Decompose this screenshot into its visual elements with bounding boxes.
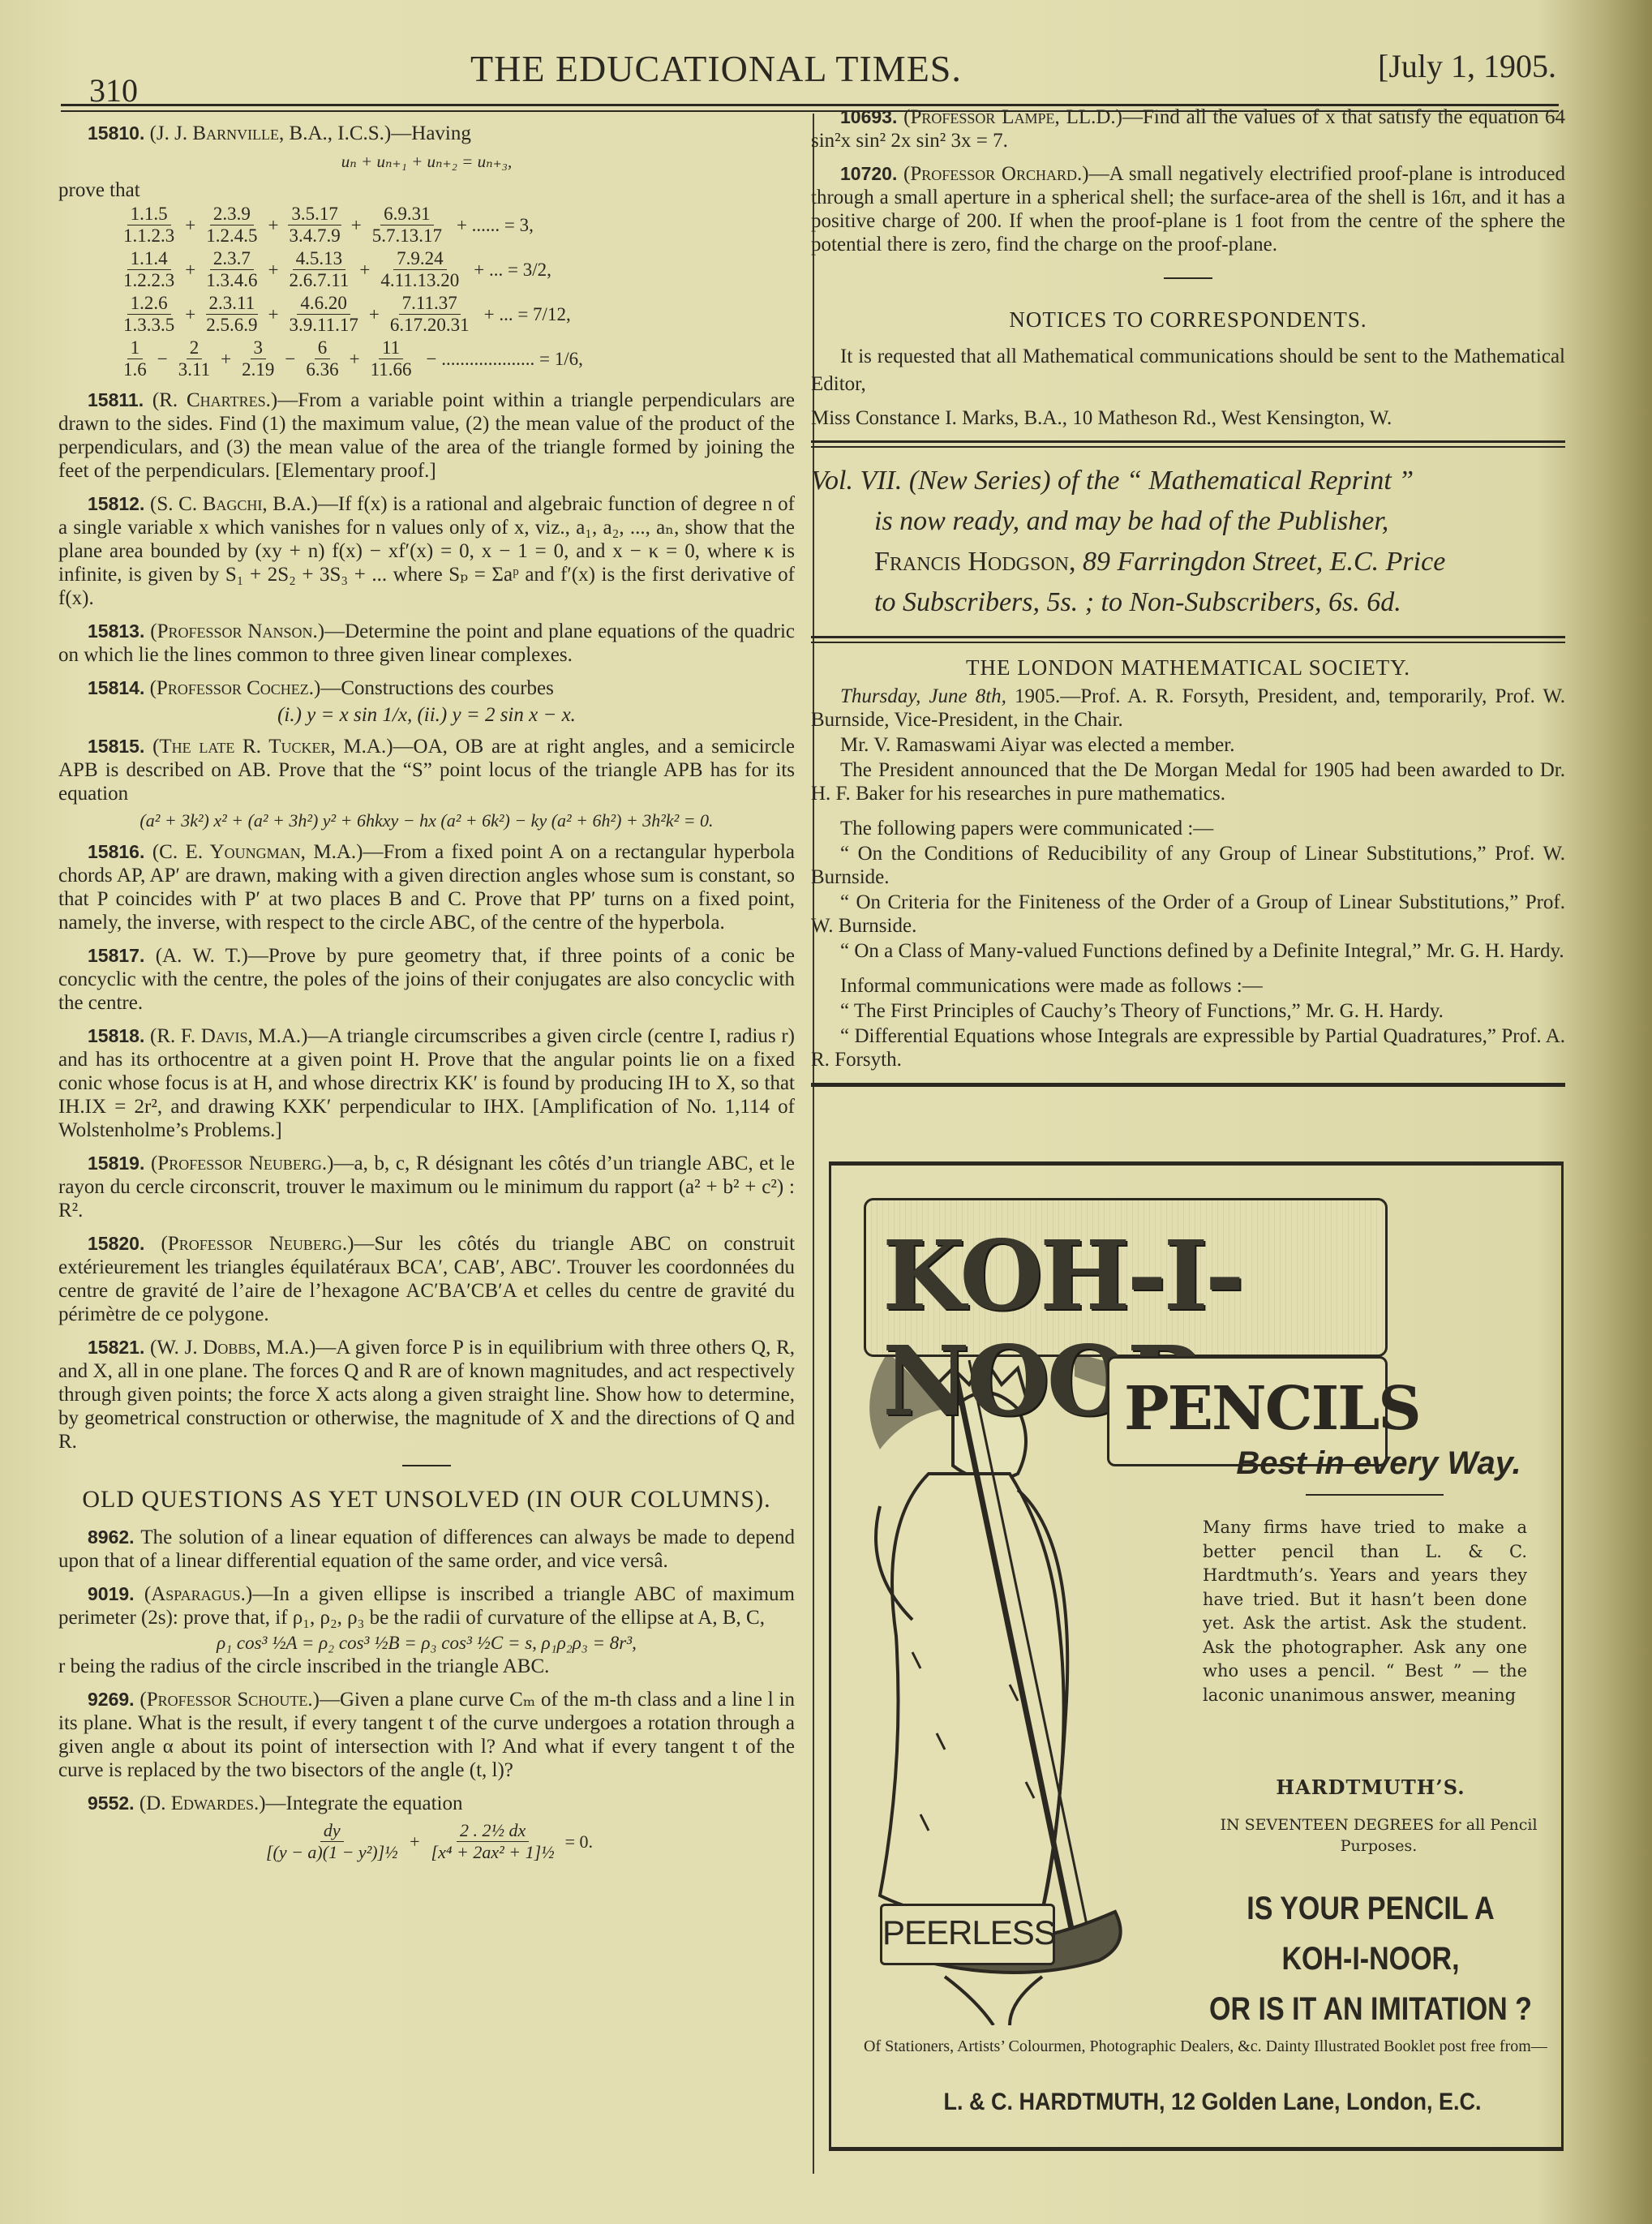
denominator: 11.66	[367, 359, 415, 380]
question-number: 15812.	[88, 493, 144, 514]
prove-that-label: prove that	[58, 178, 795, 202]
publisher-address: 89 Farringdon Street, E.C. Price	[1076, 547, 1446, 577]
numerator: 7.11.37	[399, 293, 461, 315]
denominator: 1.3.4.6	[203, 270, 260, 291]
ad-question: IS YOUR PENCIL A KOH-I-NOOR, OR IS IT AN…	[1202, 1883, 1540, 2034]
question-author: (Professor Neuberg.)	[151, 1153, 334, 1174]
numerator: 2 . 2½ dx	[457, 1820, 529, 1842]
fraction: 32.19	[238, 337, 277, 380]
issue-date: [July 1, 1905.	[1378, 47, 1556, 85]
question-15811: 15811. (R. Chartres.)—From a variable po…	[58, 389, 795, 483]
notices-text: It is requested that all Mathematical co…	[811, 343, 1565, 398]
meeting-date: Thursday, June 8th,	[840, 685, 1006, 707]
question-text: —Having	[391, 122, 471, 144]
numerator: 2.3.7	[210, 248, 254, 270]
double-rule	[811, 440, 1565, 448]
fraction: 1111.66	[367, 337, 415, 380]
question-author: (Professor Orchard.)	[903, 163, 1089, 185]
question-text: The solution of a linear equation of dif…	[58, 1526, 795, 1572]
publisher-name: Francis Hodgson,	[874, 547, 1076, 577]
operator: +	[351, 213, 362, 237]
operator: +	[268, 303, 278, 326]
question-15816: 15816. (C. E. Youngman, M.A.)—From a fix…	[58, 840, 795, 934]
fraction: 1.2.61.3.3.5	[120, 293, 178, 336]
fraction: 2 . 2½ dx [x⁴ + 2ax² + 1]½	[428, 1820, 558, 1863]
london-mathematical-society: THE LONDON MATHEMATICAL SOCIETY. Thursda…	[811, 656, 1565, 1071]
question-15815: 15815. (The late R. Tucker, M.A.)—OA, OB…	[58, 735, 795, 805]
question-author: (Asparagus.)	[144, 1583, 252, 1605]
section-separator	[402, 1465, 451, 1466]
fraction: 1.1.51.1.2.3	[120, 204, 178, 247]
question-author: (Professor Cochez.)	[150, 677, 321, 699]
brand-banner: KOH-I-NOOR	[864, 1198, 1388, 1357]
series-result: + ... = 7/12,	[484, 303, 571, 326]
denominator: 1.2.4.5	[203, 225, 260, 247]
paper-item: “ On Criteria for the Finiteness of the …	[811, 891, 1565, 938]
series-result: + ...... = 3,	[457, 213, 534, 237]
question-number: 15821.	[88, 1337, 144, 1358]
question-9269: 9269. (Professor Schoute.)—Given a plane…	[58, 1688, 795, 1782]
operator: +	[369, 303, 380, 326]
ad-body-text: Many firms have tried to make a better p…	[1203, 1516, 1527, 1707]
section-separator	[1164, 277, 1212, 279]
numerator: 7.9.24	[393, 248, 447, 270]
question-author: (R. Chartres.)	[152, 389, 277, 411]
fraction: 1.1.41.2.2.3	[120, 248, 178, 291]
series-row: 1.1.51.1.2.3+2.3.91.2.4.5+3.5.173.4.7.9+…	[115, 204, 795, 247]
question-9552: 9552. (D. Edwardes.)—Integrate the equat…	[58, 1792, 795, 1815]
series-equations: 1.1.51.1.2.3+2.3.91.2.4.5+3.5.173.4.7.9+…	[58, 204, 795, 380]
lms-text: The following papers were communicated :…	[811, 817, 1565, 840]
double-rule	[811, 636, 1565, 643]
question-author: (Professor Neuberg.)	[161, 1233, 354, 1255]
numerator: 1.1.4	[127, 248, 171, 270]
page-header: 310 THE EDUCATIONAL TIMES. [July 1, 1905…	[57, 41, 1563, 105]
left-column: 15810. (J. J. Barnville, B.A., I.C.S.)—H…	[58, 122, 795, 1863]
numerator: dy	[320, 1820, 344, 1842]
numerator: 2.3.9	[210, 204, 254, 225]
question-number: 8962.	[88, 1526, 135, 1548]
question-15810: 15810. (J. J. Barnville, B.A., I.C.S.)—H…	[58, 122, 795, 145]
series-row: 11.6−23.11+32.19−66.36+1111.66− ........…	[115, 337, 795, 380]
fraction: 7.9.244.11.13.20	[377, 248, 462, 291]
question-text: —Constructions des courbes	[320, 677, 553, 699]
fraction: 66.36	[303, 337, 341, 380]
fraction: 3.5.173.4.7.9	[285, 204, 343, 247]
numerator: 6	[315, 337, 331, 359]
fraction: 4.6.203.9.11.17	[285, 293, 361, 336]
denominator: 1.1.2.3	[120, 225, 178, 247]
question-10720: 10720. (Professor Orchard.)—A small nega…	[811, 162, 1565, 256]
paper-item: “ On a Class of Many-valued Functions de…	[811, 939, 1565, 963]
denominator: 3.9.11.17	[285, 315, 361, 336]
denominator: 1.2.2.3	[120, 270, 178, 291]
old-questions-heading: OLD QUESTIONS AS YET UNSOLVED (IN OUR CO…	[58, 1488, 795, 1511]
operator: +	[359, 258, 370, 281]
reprint-line: Vol. VII. (New Series) of the “ Mathemat…	[811, 461, 1565, 501]
paper-item: “ On the Conditions of Reducibility of a…	[811, 842, 1565, 889]
question-15814: 15814. (Professor Cochez.)—Constructions…	[58, 676, 795, 700]
lms-text: Informal communications were made as fol…	[811, 974, 1565, 998]
lms-text: Mr. V. Ramaswami Aiyar was elected a mem…	[811, 733, 1565, 757]
question-10693: 10693. (Professor Lampe, LL.D.)—Find all…	[811, 105, 1565, 152]
numerator: 4.6.20	[297, 293, 350, 315]
denominator: 5.7.13.17	[369, 225, 445, 247]
numerator: 11	[379, 337, 403, 359]
question-9019: 9019. (Asparagus.)—In a given ellipse is…	[58, 1582, 795, 1629]
denominator: 2.19	[238, 359, 277, 380]
question-author: (J. J. Barnville, B.A., I.C.S.)	[150, 122, 392, 144]
fraction: 4.5.132.6.7.11	[285, 248, 352, 291]
integral-equation: dy [(y − a)(1 − y²)]½ + 2 . 2½ dx [x⁴ + …	[58, 1820, 795, 1863]
denominator: 4.11.13.20	[377, 270, 462, 291]
denominator: [(y − a)(1 − y²)]½	[263, 1842, 401, 1863]
question-author: (W. J. Dobbs, M.A.)	[150, 1337, 315, 1359]
equation-tail: = 0.	[565, 1830, 593, 1853]
question-number: 15817.	[88, 945, 144, 966]
question-number: 15819.	[88, 1153, 144, 1174]
ad-frame: KOH-I-NOOR PENCILS PEERLESS Best in ever…	[829, 1161, 1564, 2151]
denominator: 1.3.3.5	[120, 315, 178, 336]
question-number: 15813.	[88, 620, 144, 642]
ad-degrees: IN SEVENTEEN DEGREES for all Pencil Purp…	[1188, 1814, 1569, 1857]
reprint-price: to Subscribers, 5s. ; to Non-Subscribers…	[811, 582, 1565, 623]
fraction: 11.6	[120, 337, 150, 380]
series-result: − .................... = 1/6,	[427, 347, 583, 371]
question-author: (D. Edwardes.)	[139, 1793, 266, 1814]
denominator: 2.5.6.9	[203, 315, 260, 336]
question-15817: 15817. (A. W. T.)—Prove by pure geometry…	[58, 944, 795, 1015]
question-15818: 15818. (R. F. Davis, M.A.)—A triangle ci…	[58, 1024, 795, 1142]
numerator: 3.5.17	[288, 204, 341, 225]
badge-text: PEERLESS	[882, 1913, 1056, 1951]
question-number: 15818.	[88, 1025, 144, 1046]
numerator: 3	[251, 337, 267, 359]
product-name: PENCILS	[1124, 1368, 1420, 1449]
fraction: 7.11.376.17.20.31	[387, 293, 473, 336]
slogan-rule	[1306, 1494, 1444, 1496]
equation: (i.) y = x sin 1/x, (ii.) y = 2 sin x − …	[58, 703, 795, 727]
operator: −	[285, 347, 295, 371]
question-number: 10693.	[840, 106, 897, 127]
question-number: 9019.	[88, 1583, 135, 1604]
question-15812: 15812. (S. C. Bagchi, B.A.)—If f(x) is a…	[58, 492, 795, 610]
question-author: (R. F. Davis, M.A.)	[150, 1025, 307, 1047]
question-number: 15810.	[88, 122, 144, 144]
denominator: 2.6.7.11	[285, 270, 352, 291]
operator: −	[157, 347, 168, 371]
denominator: 3.11	[175, 359, 213, 380]
equation: uₙ + uₙ₊₁ + uₙ₊₂ = uₙ₊₃,	[58, 150, 795, 174]
ad-maker: HARDTMUTH’S.	[1188, 1775, 1553, 1799]
series-row: 1.2.61.3.3.5+2.3.112.5.6.9+4.6.203.9.11.…	[115, 293, 795, 336]
question-text: —Integrate the equation	[266, 1793, 463, 1814]
peerless-badge: PEERLESS	[880, 1904, 1055, 1965]
numerator: 4.5.13	[293, 248, 346, 270]
question-number: 15820.	[88, 1233, 144, 1254]
question-continuation: r being the radius of the circle inscrib…	[58, 1655, 795, 1678]
denominator: 6.17.20.31	[387, 315, 473, 336]
koh-i-noor-advertisement: KOH-I-NOOR PENCILS PEERLESS Best in ever…	[814, 1161, 1568, 2143]
numerator: 1	[127, 337, 144, 359]
ad-question-line: OR IS IT AN IMITATION ?	[1202, 1984, 1540, 2034]
fraction: 2.3.91.2.4.5	[203, 204, 260, 247]
equation: ρ₁ cos³ ½A = ρ₂ cos³ ½B = ρ₃ cos³ ½C = s…	[58, 1631, 795, 1655]
question-15813: 15813. (Professor Nanson.)—Determine the…	[58, 620, 795, 667]
numerator: 1.2.6	[127, 293, 171, 315]
editor-address: Miss Constance I. Marks, B.A., 10 Mathes…	[811, 405, 1565, 432]
denominator: 1.6	[120, 359, 150, 380]
question-author: (A. W. T.)	[156, 945, 248, 967]
fraction: dy [(y − a)(1 − y²)]½	[263, 1820, 401, 1863]
numerator: 2.3.11	[206, 293, 259, 315]
question-author: (S. C. Bagchi, B.A.)	[150, 493, 318, 515]
fraction: 6.9.315.7.13.17	[369, 204, 445, 247]
question-author: (Professor Nanson.)	[150, 620, 324, 642]
question-number: 15815.	[88, 736, 144, 757]
denominator: 6.36	[303, 359, 341, 380]
numerator: 6.9.31	[380, 204, 434, 225]
ad-slogan: Best in every Way.	[1188, 1445, 1569, 1482]
reprint-line: is now ready, and may be had of the Publ…	[811, 501, 1565, 542]
right-column: 10693. (Professor Lampe, LL.D.)—Find all…	[811, 105, 1565, 1087]
notices-heading: NOTICES TO CORRESPONDENTS.	[811, 308, 1565, 332]
ad-question-line: IS YOUR PENCIL A	[1202, 1883, 1540, 1934]
lms-text: The President announced that the De Morg…	[811, 758, 1565, 805]
question-number: 15811.	[88, 389, 144, 410]
question-number: 9269.	[88, 1689, 135, 1710]
publication-title: THE EDUCATIONAL TIMES.	[470, 47, 962, 90]
denominator: 3.4.7.9	[285, 225, 343, 247]
equation: (a² + 3k²) x² + (a² + 3h²) y² + 6hkxy − …	[58, 809, 795, 832]
operator: +	[350, 347, 360, 371]
operator: +	[185, 213, 195, 237]
reprint-announcement: Vol. VII. (New Series) of the “ Mathemat…	[811, 461, 1565, 623]
question-number: 10720.	[840, 163, 897, 184]
ad-footer-text: Of Stationers, Artists’ Colourmen, Photo…	[864, 2035, 1561, 2058]
operator: +	[268, 258, 278, 281]
question-author: (Professor Schoute.)	[139, 1689, 320, 1711]
question-number: 15814.	[88, 677, 144, 698]
lms-heading: THE LONDON MATHEMATICAL SOCIETY.	[811, 656, 1565, 680]
series-row: 1.1.41.2.2.3+2.3.71.3.4.6+4.5.132.6.7.11…	[115, 248, 795, 291]
operator: +	[221, 347, 231, 371]
question-author: (The late R. Tucker, M.A.)	[152, 736, 393, 758]
question-8962: 8962. The solution of a linear equation …	[58, 1526, 795, 1573]
ad-question-line: KOH-I-NOOR,	[1202, 1934, 1540, 1984]
fraction: 23.11	[175, 337, 213, 380]
question-15821: 15821. (W. J. Dobbs, M.A.)—A given force…	[58, 1336, 795, 1453]
operator: +	[185, 258, 195, 281]
informal-item: “ Differential Equations whose Integrals…	[811, 1024, 1565, 1071]
section-rule	[811, 1083, 1565, 1087]
question-author: (Professor Lampe, LL.D.)	[903, 106, 1122, 128]
question-author: (C. E. Youngman, M.A.)	[152, 841, 363, 863]
informal-item: “ The First Principles of Cauchy’s Theor…	[811, 999, 1565, 1023]
operator: +	[268, 213, 278, 237]
fraction: 2.3.71.3.4.6	[203, 248, 260, 291]
operator: +	[185, 303, 195, 326]
newspaper-page: 310 THE EDUCATIONAL TIMES. [July 1, 1905…	[0, 0, 1652, 2224]
question-15820: 15820. (Professor Neuberg.)—Sur les côté…	[58, 1232, 795, 1326]
numerator: 2	[187, 337, 203, 359]
ad-address: L. & C. HARDTMUTH, 12 Golden Lane, Londo…	[899, 2089, 1526, 2116]
fraction: 2.3.112.5.6.9	[203, 293, 260, 336]
question-number: 15816.	[88, 841, 144, 862]
question-number: 9552.	[88, 1793, 135, 1814]
series-result: + ... = 3/2,	[474, 258, 551, 281]
denominator: [x⁴ + 2ax² + 1]½	[428, 1842, 558, 1863]
numerator: 1.1.5	[127, 204, 171, 225]
question-15819: 15819. (Professor Neuberg.)—a, b, c, R d…	[58, 1152, 795, 1222]
